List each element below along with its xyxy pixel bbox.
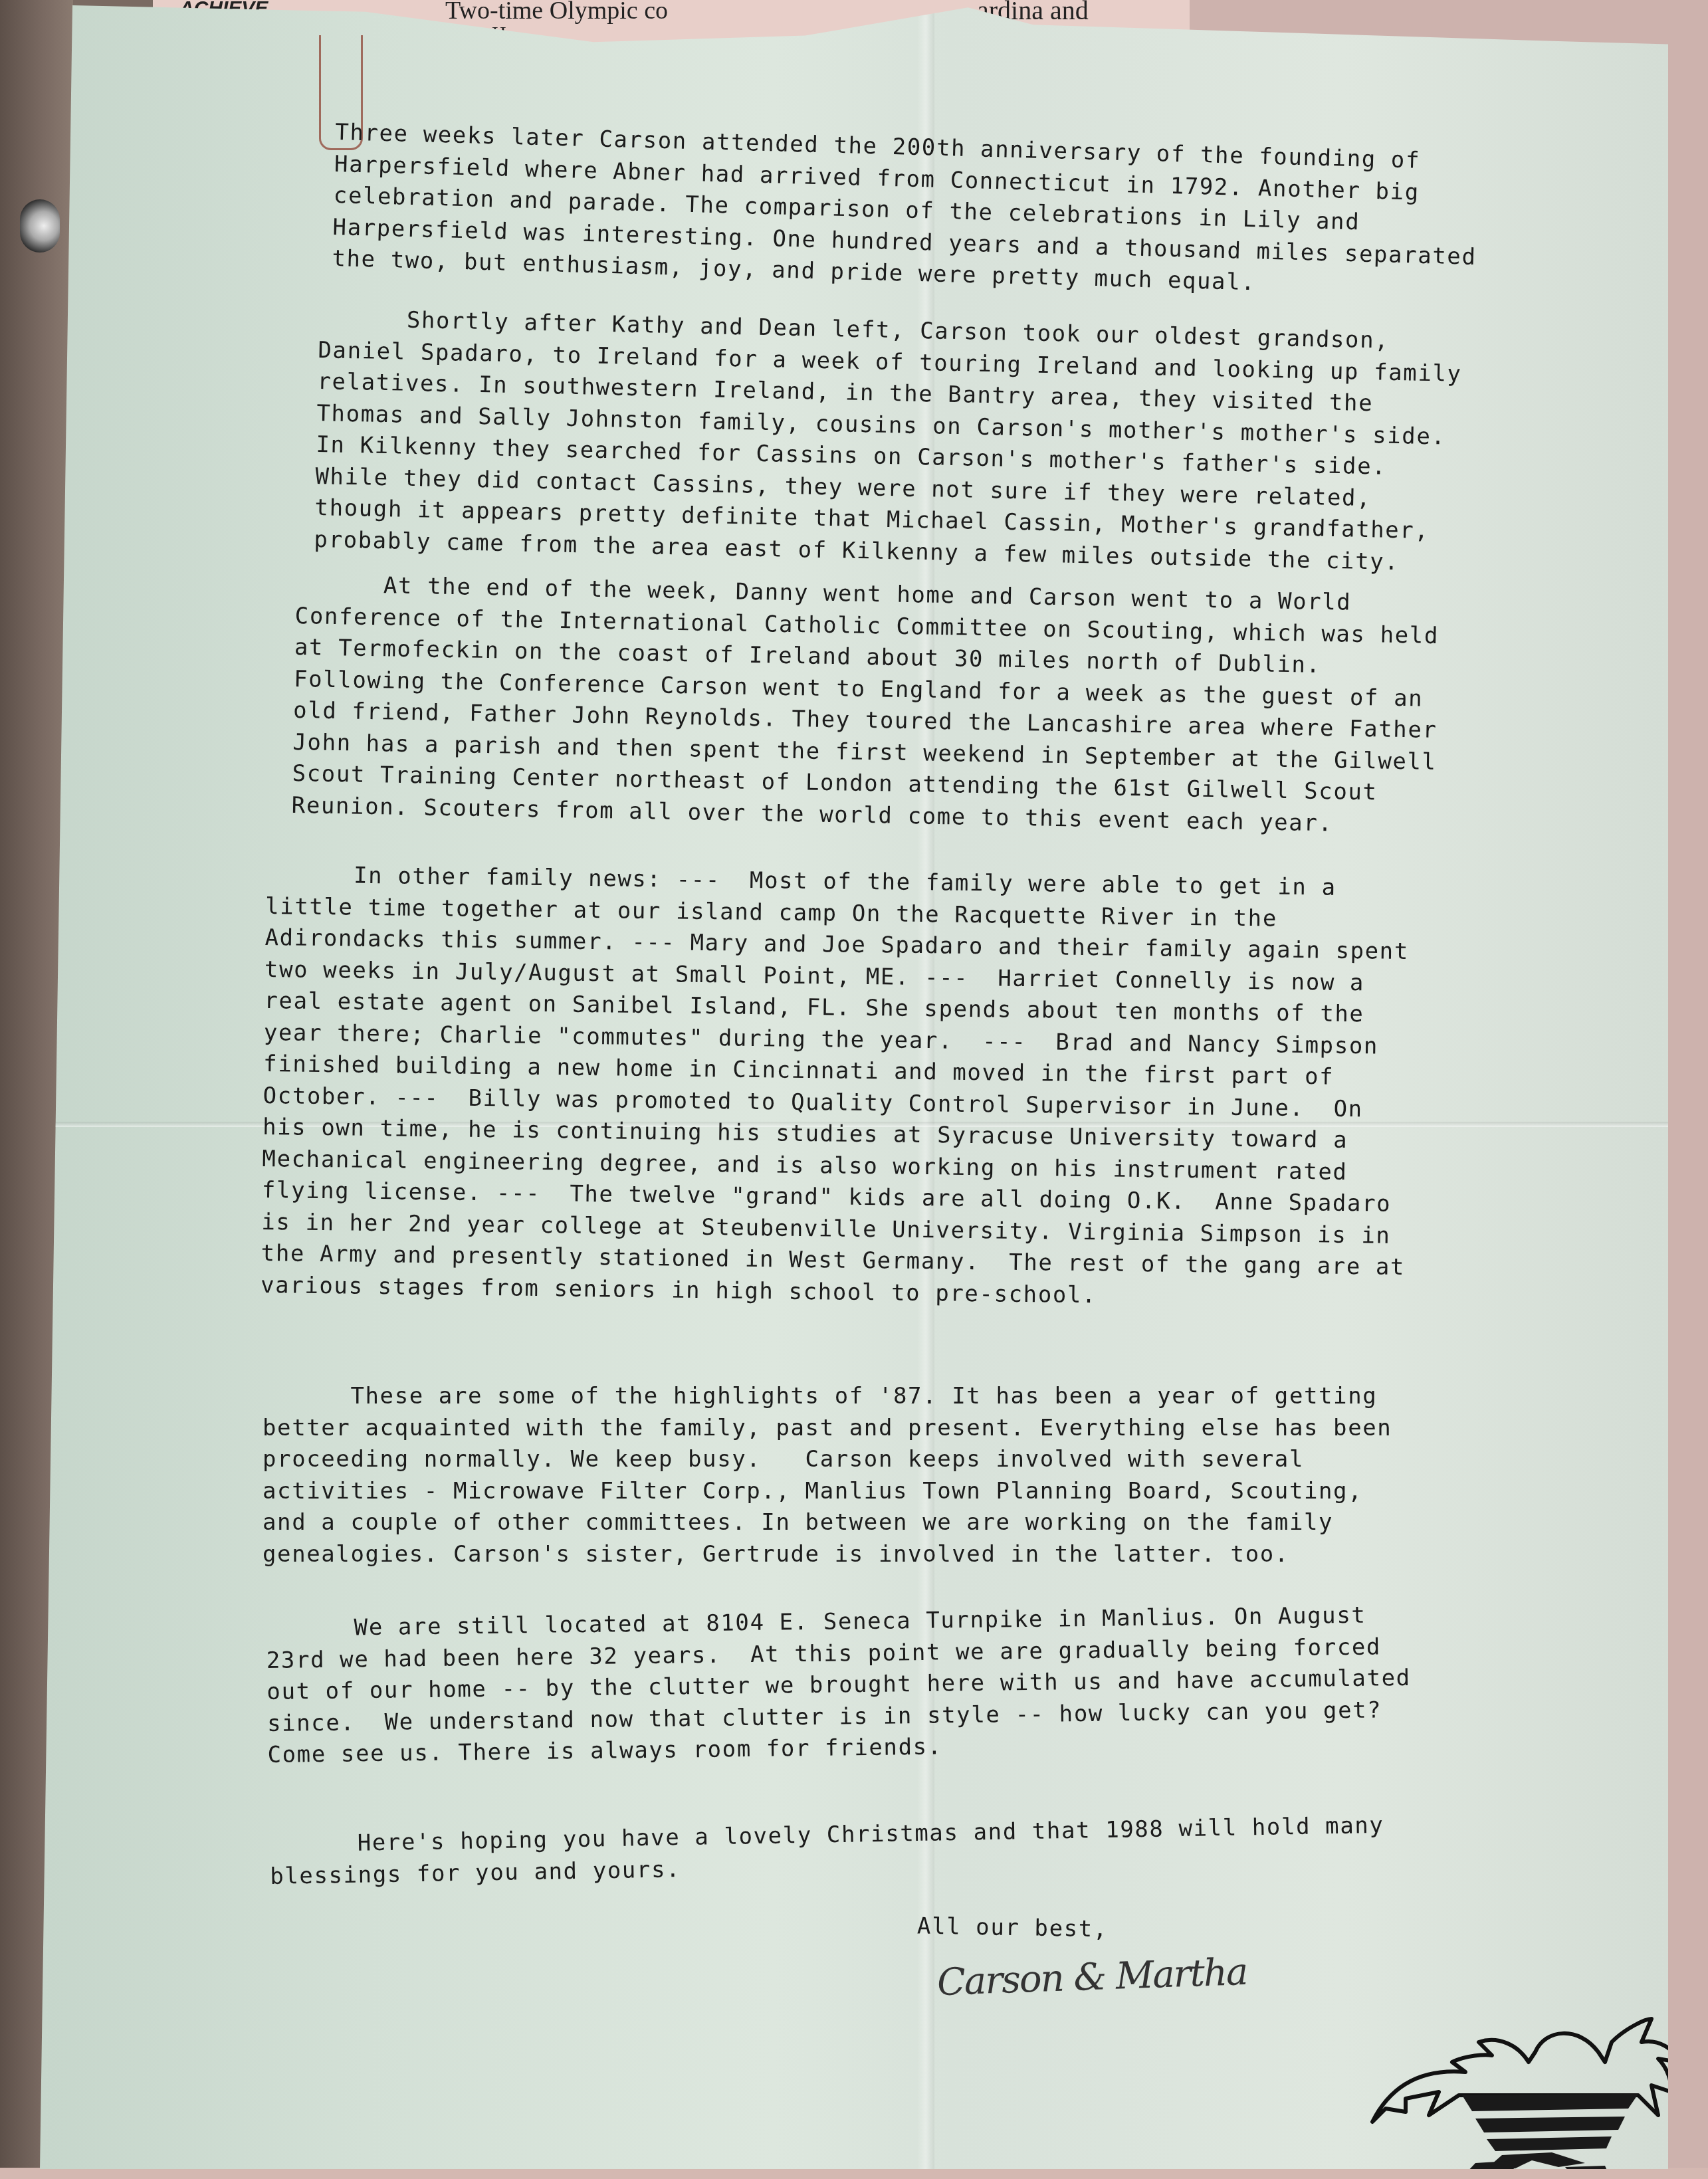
- letter-line: proceeding normally. We keep busy. Carso…: [263, 1444, 1392, 1476]
- letter-line: genealogies. Carson's sister, Gertrude i…: [263, 1539, 1392, 1571]
- paragraph-harpersfield: Three weeks later Carson attended the 20…: [332, 117, 1479, 304]
- binder-ring-icon: [20, 199, 60, 253]
- clipping-line: Two-time Olympic co: [445, 0, 668, 25]
- letter-paper: Three weeks later Carson attended the 20…: [40, 5, 1668, 2169]
- paragraph-christmas-wishes: Here's hoping you have a lovely Christma…: [269, 1810, 1385, 1893]
- letter-closing: All our best,: [917, 1911, 1109, 1946]
- paragraph-family-news: In other family news: --- Most of the fa…: [261, 859, 1410, 1315]
- background-page-bottom: [0, 2168, 1708, 2179]
- letter-body: Three weeks later Carson attended the 20…: [40, 5, 1668, 2169]
- paragraph-manlius-home: We are still located at 8104 E. Seneca T…: [266, 1600, 1412, 1772]
- letter-line: activities - Microwave Filter Corp., Man…: [263, 1476, 1392, 1508]
- manger-icon: [1366, 1989, 1685, 2175]
- paragraph-highlights: These are some of the highlights of '87.…: [263, 1381, 1392, 1570]
- letter-line: These are some of the highlights of '87.…: [263, 1381, 1392, 1413]
- letter-line: and a couple of other committees. In bet…: [263, 1507, 1392, 1539]
- paragraph-scouting-conference: At the end of the week, Danny went home …: [291, 569, 1440, 841]
- letter-line: better acquainted with the family, past …: [263, 1413, 1392, 1445]
- paragraph-ireland-trip: Shortly after Kathy and Dean left, Carso…: [314, 303, 1463, 579]
